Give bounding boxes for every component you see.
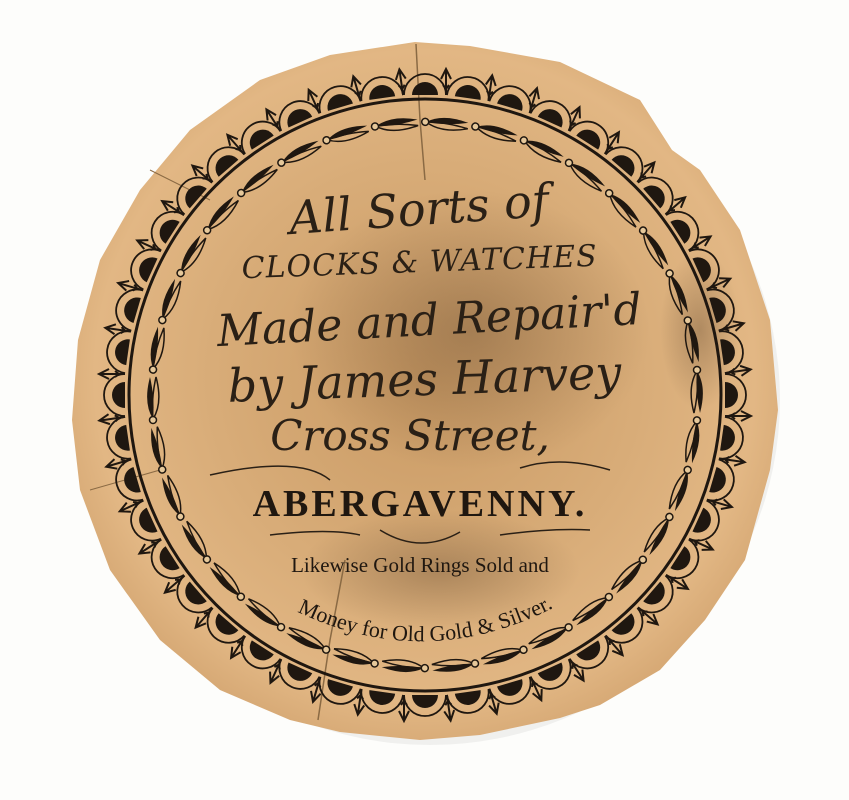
text-line-5: Cross Street, (270, 411, 550, 460)
text-line-6: ABERGAVENNY. (253, 483, 588, 525)
text-line-7: Likewise Gold Rings Sold and (291, 553, 549, 577)
watch-paper-image: All Sorts of CLOCKS & WATCHES Made and R… (0, 0, 849, 800)
